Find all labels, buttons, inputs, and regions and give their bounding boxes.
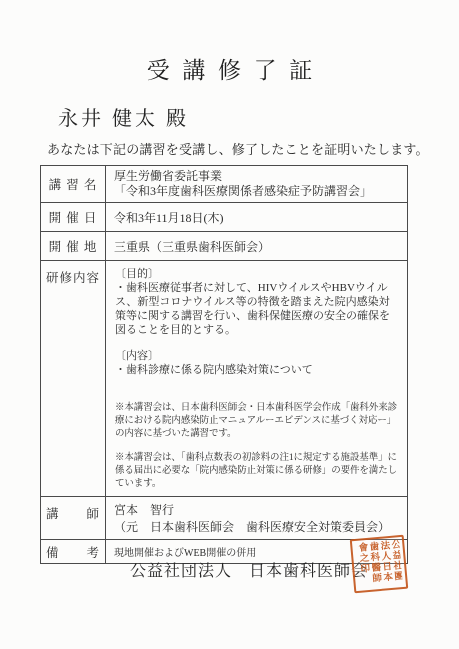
date-label: 開 催 日 [41,203,106,232]
certificate-title: 受講修了証 [0,52,459,85]
note-facility-standard: ※本講習会は、「歯科点数表の初診料の注1に規定する施設基準」に係る届出に必要な「… [115,452,399,491]
official-seal-stamp: 公益社團法人日本歯科醫師會之印 [350,535,409,594]
venue-label: 開 催 地 [41,232,106,261]
date-value: 令和3年11月18日(木) [106,203,408,232]
content-heading: 〔内容〕 [115,349,399,363]
spacer [115,441,399,452]
certification-statement: あなたは下記の講習を受講し、修了したことを証明いたします。 [47,139,447,158]
note-manual-basis: ※本講習会は、日本歯科医師会・日本歯科医学会作成「歯科外来診療における院内感染防… [115,402,399,441]
training-content-value: 〔目的〕 ・歯科医療従事者に対して、HIVウイルスやHBVウイルス、新型コロナウ… [106,261,408,497]
lecturer-name: 宮本 智行 [114,502,399,519]
table-row-course-name: 講 習 名 厚生労働省委託事業 「令和3年度歯科医療関係者感染症予防講習会」 [41,166,408,203]
certificate-details-table: 講 習 名 厚生労働省委託事業 「令和3年度歯科医療関係者感染症予防講習会」 開… [40,165,408,564]
purpose-text: ・歯科医療従事者に対して、HIVウイルスやHBVウイルス、新型コロナウイルス等の… [115,281,399,337]
course-name-label: 講 習 名 [41,166,106,203]
lecturer-value: 宮本 智行 （元 日本歯科医師会 歯科医療安全対策委員会） [106,497,408,540]
seal-inscription: 公益社團法人日本歯科醫師會之印 [355,539,403,589]
recipient-name: 永井 健太 殿 [58,102,189,131]
content-text: ・歯科診療に係る院内感染対策について [115,363,399,377]
table-row-date: 開 催 日 令和3年11月18日(木) [41,203,408,232]
training-content-label: 研修内容 [41,261,106,497]
lecturer-label: 講 師 [41,497,106,540]
course-name-line2: 「令和3年度歯科医療関係者感染症予防講習会」 [114,184,399,199]
course-name-value: 厚生労働省委託事業 「令和3年度歯科医療関係者感染症予防講習会」 [106,166,408,203]
issuer-name: 公益社団法人 日本歯科医師会 [0,558,368,581]
table-row-venue: 開 催 地 三重県（三重県歯科医師会） [41,232,408,261]
course-name-line1: 厚生労働省委託事業 [114,169,399,184]
spacer [115,337,399,349]
purpose-heading: 〔目的〕 [115,267,399,281]
table-row-lecturer: 講 師 宮本 智行 （元 日本歯科医師会 歯科医療安全対策委員会） [41,497,408,540]
lecturer-affiliation: （元 日本歯科医師会 歯科医療安全対策委員会） [114,519,399,536]
table-row-training-content: 研修内容 〔目的〕 ・歯科医療従事者に対して、HIVウイルスやHBVウイルス、新… [41,261,408,497]
spacer [115,377,399,402]
venue-value: 三重県（三重県歯科医師会） [106,232,408,261]
